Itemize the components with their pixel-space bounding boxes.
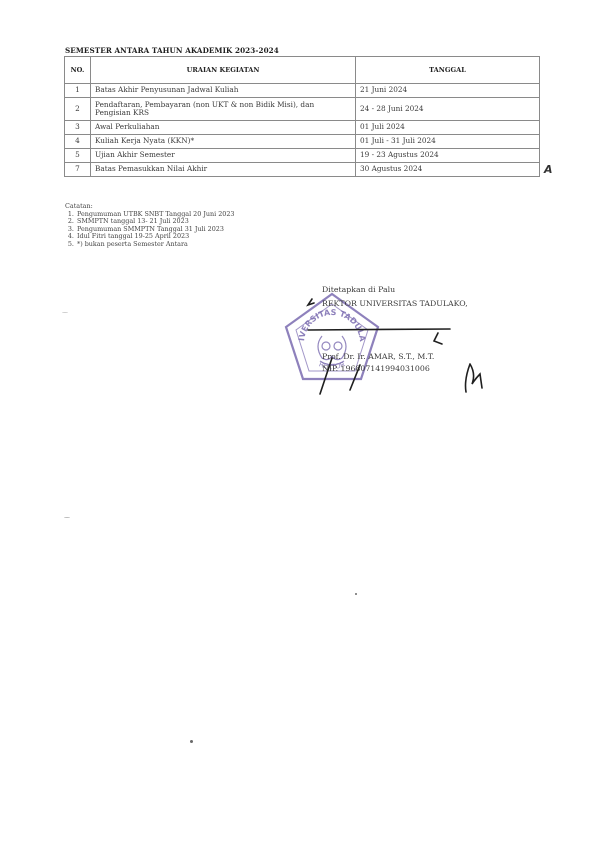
table-row: 4 Kuliah Kerja Nyata (KKN)* 01 Juli - 31… — [65, 135, 540, 149]
handwritten-signature-icon — [300, 290, 500, 400]
table-row: 1 Batas Akhir Penyusunan Jadwal Kuliah 2… — [65, 84, 540, 98]
notes-section: Catatan: Pengumuman UTBK SNBT Tanggal 20… — [65, 203, 234, 249]
row-activity: Awal Perkuliahan — [91, 121, 356, 135]
row-date: 01 Juli - 31 Juli 2024 — [356, 135, 540, 149]
row-date: 30 Agustus 2024 — [356, 163, 540, 177]
row-activity: Batas Akhir Penyusunan Jadwal Kuliah — [91, 84, 356, 98]
row-date: 01 Juli 2024 — [356, 121, 540, 135]
note-item: *) bukan peserta Semester Antara — [76, 241, 234, 249]
scan-speck — [62, 312, 68, 313]
table-row: 7 Batas Pemasukkan Nilai Akhir 30 Agustu… — [65, 163, 540, 177]
header-no: NO. — [65, 57, 91, 84]
row-activity: Kuliah Kerja Nyata (KKN)* — [91, 135, 356, 149]
row-no: 1 — [65, 84, 91, 98]
row-no: 3 — [65, 121, 91, 135]
row-activity: Ujian Akhir Semester — [91, 149, 356, 163]
row-activity: Pendaftaran, Pembayaran (non UKT & non B… — [91, 98, 356, 121]
row-no: 7 — [65, 163, 91, 177]
table-row: 2 Pendaftaran, Pembayaran (non UKT & non… — [65, 98, 540, 121]
scan-speck — [64, 517, 70, 518]
table-row: 5 Ujian Akhir Semester 19 - 23 Agustus 2… — [65, 149, 540, 163]
handwritten-initial: A — [544, 163, 553, 176]
notes-list: Pengumuman UTBK SNBT Tanggal 20 Juni 202… — [65, 211, 234, 249]
row-date: 21 Juni 2024 — [356, 84, 540, 98]
row-activity: Batas Pemasukkan Nilai Akhir — [91, 163, 356, 177]
scan-speck — [355, 593, 357, 595]
row-date: 24 - 28 Juni 2024 — [356, 98, 540, 121]
row-no: 2 — [65, 98, 91, 121]
header-activity: URAIAN KEGIATAN — [91, 57, 356, 84]
table-header-row: NO. URAIAN KEGIATAN TANGGAL — [65, 57, 540, 84]
row-date: 19 - 23 Agustus 2024 — [356, 149, 540, 163]
schedule-table: NO. URAIAN KEGIATAN TANGGAL 1 Batas Akhi… — [64, 56, 540, 177]
row-no: 5 — [65, 149, 91, 163]
header-date: TANGGAL — [356, 57, 540, 84]
table-row: 3 Awal Perkuliahan 01 Juli 2024 — [65, 121, 540, 135]
row-no: 4 — [65, 135, 91, 149]
scan-speck — [190, 740, 193, 743]
document-title: SEMESTER ANTARA TAHUN AKADEMIK 2023-2024 — [65, 46, 279, 55]
